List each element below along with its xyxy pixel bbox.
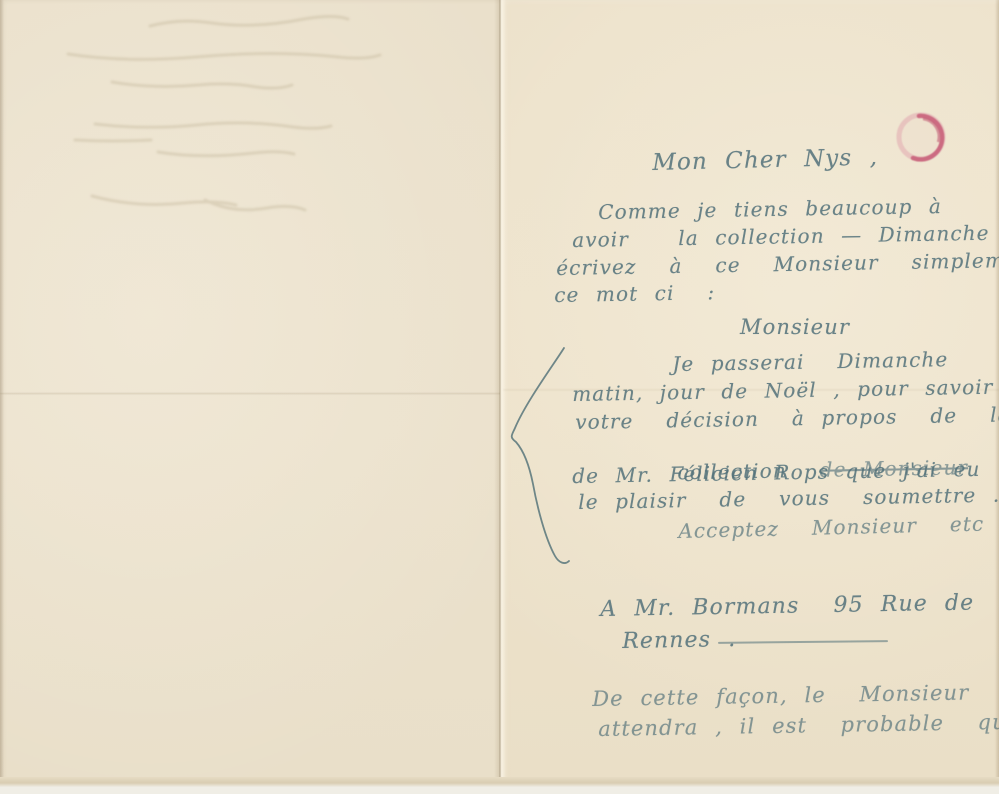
letter-scan: Mon Cher Nys , Comme je tiens beaucoup à…	[0, 0, 999, 785]
bleed-through-text	[0, 0, 500, 420]
letter-line: écrivez à ce Monsieur simplement	[556, 248, 999, 280]
letter-line: Je passerai Dimanche	[672, 347, 949, 376]
address-line: Rennes .	[622, 627, 736, 654]
page-left	[0, 0, 500, 785]
margin-brace-mark	[504, 336, 584, 572]
closing-line: Acceptez Monsieur etc	[678, 512, 985, 543]
paper-left-edge	[0, 0, 4, 785]
fold-crease-right	[503, 389, 999, 391]
letter-line: avoir la collection — Dimanche	[572, 221, 990, 252]
letter-line: Comme je tiens beaucoup à	[598, 194, 942, 224]
vocative-line: Monsieur	[740, 315, 850, 339]
address-line: A Mr. Bormans 95 Rue de	[600, 590, 974, 622]
center-fold-line	[494, 0, 506, 785]
salutation-line: Mon Cher Nys ,	[652, 144, 878, 176]
letter-line: ce mot ci :	[554, 280, 715, 307]
paper-bottom-edge	[0, 777, 999, 794]
paper-right-edge	[995, 0, 999, 785]
red-circular-stamp	[893, 108, 951, 166]
page-right: Mon Cher Nys , Comme je tiens beaucoup à…	[500, 0, 999, 785]
letter-line: De cette façon, le Monsieur vous	[592, 679, 999, 711]
letter-line: votre décision à propos de la	[575, 402, 999, 434]
letter-line: attendra , il est probable qu'il	[598, 709, 999, 741]
fold-crease-left	[0, 392, 503, 395]
